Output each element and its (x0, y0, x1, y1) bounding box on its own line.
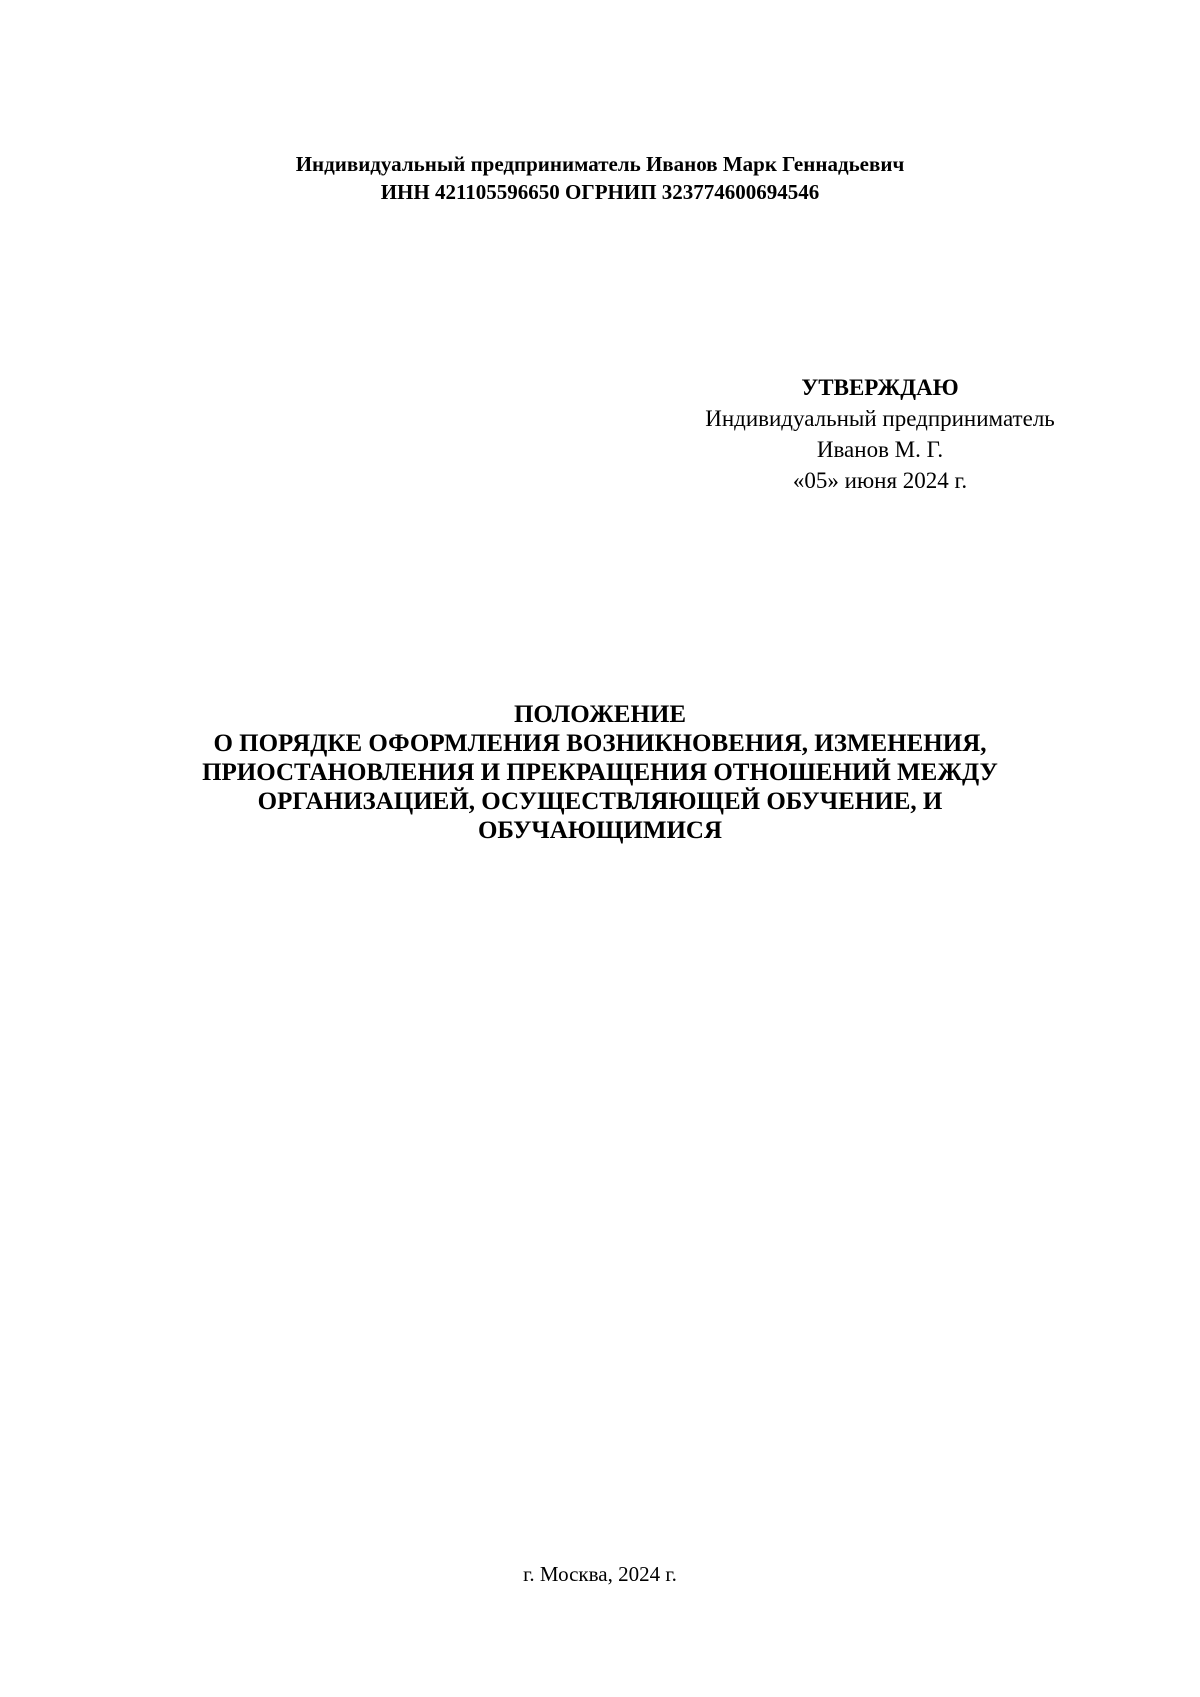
approval-heading: УТВЕРЖДАЮ (660, 372, 1100, 403)
approval-block: УТВЕРЖДАЮ Индивидуальный предприниматель… (660, 372, 1100, 496)
title-line: ОБУЧАЮЩИМИСЯ (0, 816, 1200, 845)
title-line: ПОЛОЖЕНИЕ (0, 700, 1200, 729)
document-title: ПОЛОЖЕНИЕ О ПОРЯДКЕ ОФОРМЛЕНИЯ ВОЗНИКНОВ… (0, 700, 1200, 845)
title-line: О ПОРЯДКЕ ОФОРМЛЕНИЯ ВОЗНИКНОВЕНИЯ, ИЗМЕ… (0, 729, 1200, 758)
organization-header: Индивидуальный предприниматель Иванов Ма… (0, 150, 1200, 206)
approval-position: Индивидуальный предприниматель (660, 403, 1100, 434)
approval-date: «05» июня 2024 г. (660, 465, 1100, 496)
title-line: ОРГАНИЗАЦИЕЙ, ОСУЩЕСТВЛЯЮЩЕЙ ОБУЧЕНИЕ, И (0, 787, 1200, 816)
title-line: ПРИОСТАНОВЛЕНИЯ И ПРЕКРАЩЕНИЯ ОТНОШЕНИЙ … (0, 758, 1200, 787)
organization-name: Индивидуальный предприниматель Иванов Ма… (0, 150, 1200, 178)
place-and-year: г. Москва, 2024 г. (0, 1560, 1200, 1588)
organization-ids: ИНН 421105596650 ОГРНИП 323774600694546 (0, 178, 1200, 206)
approval-person: Иванов М. Г. (660, 434, 1100, 465)
